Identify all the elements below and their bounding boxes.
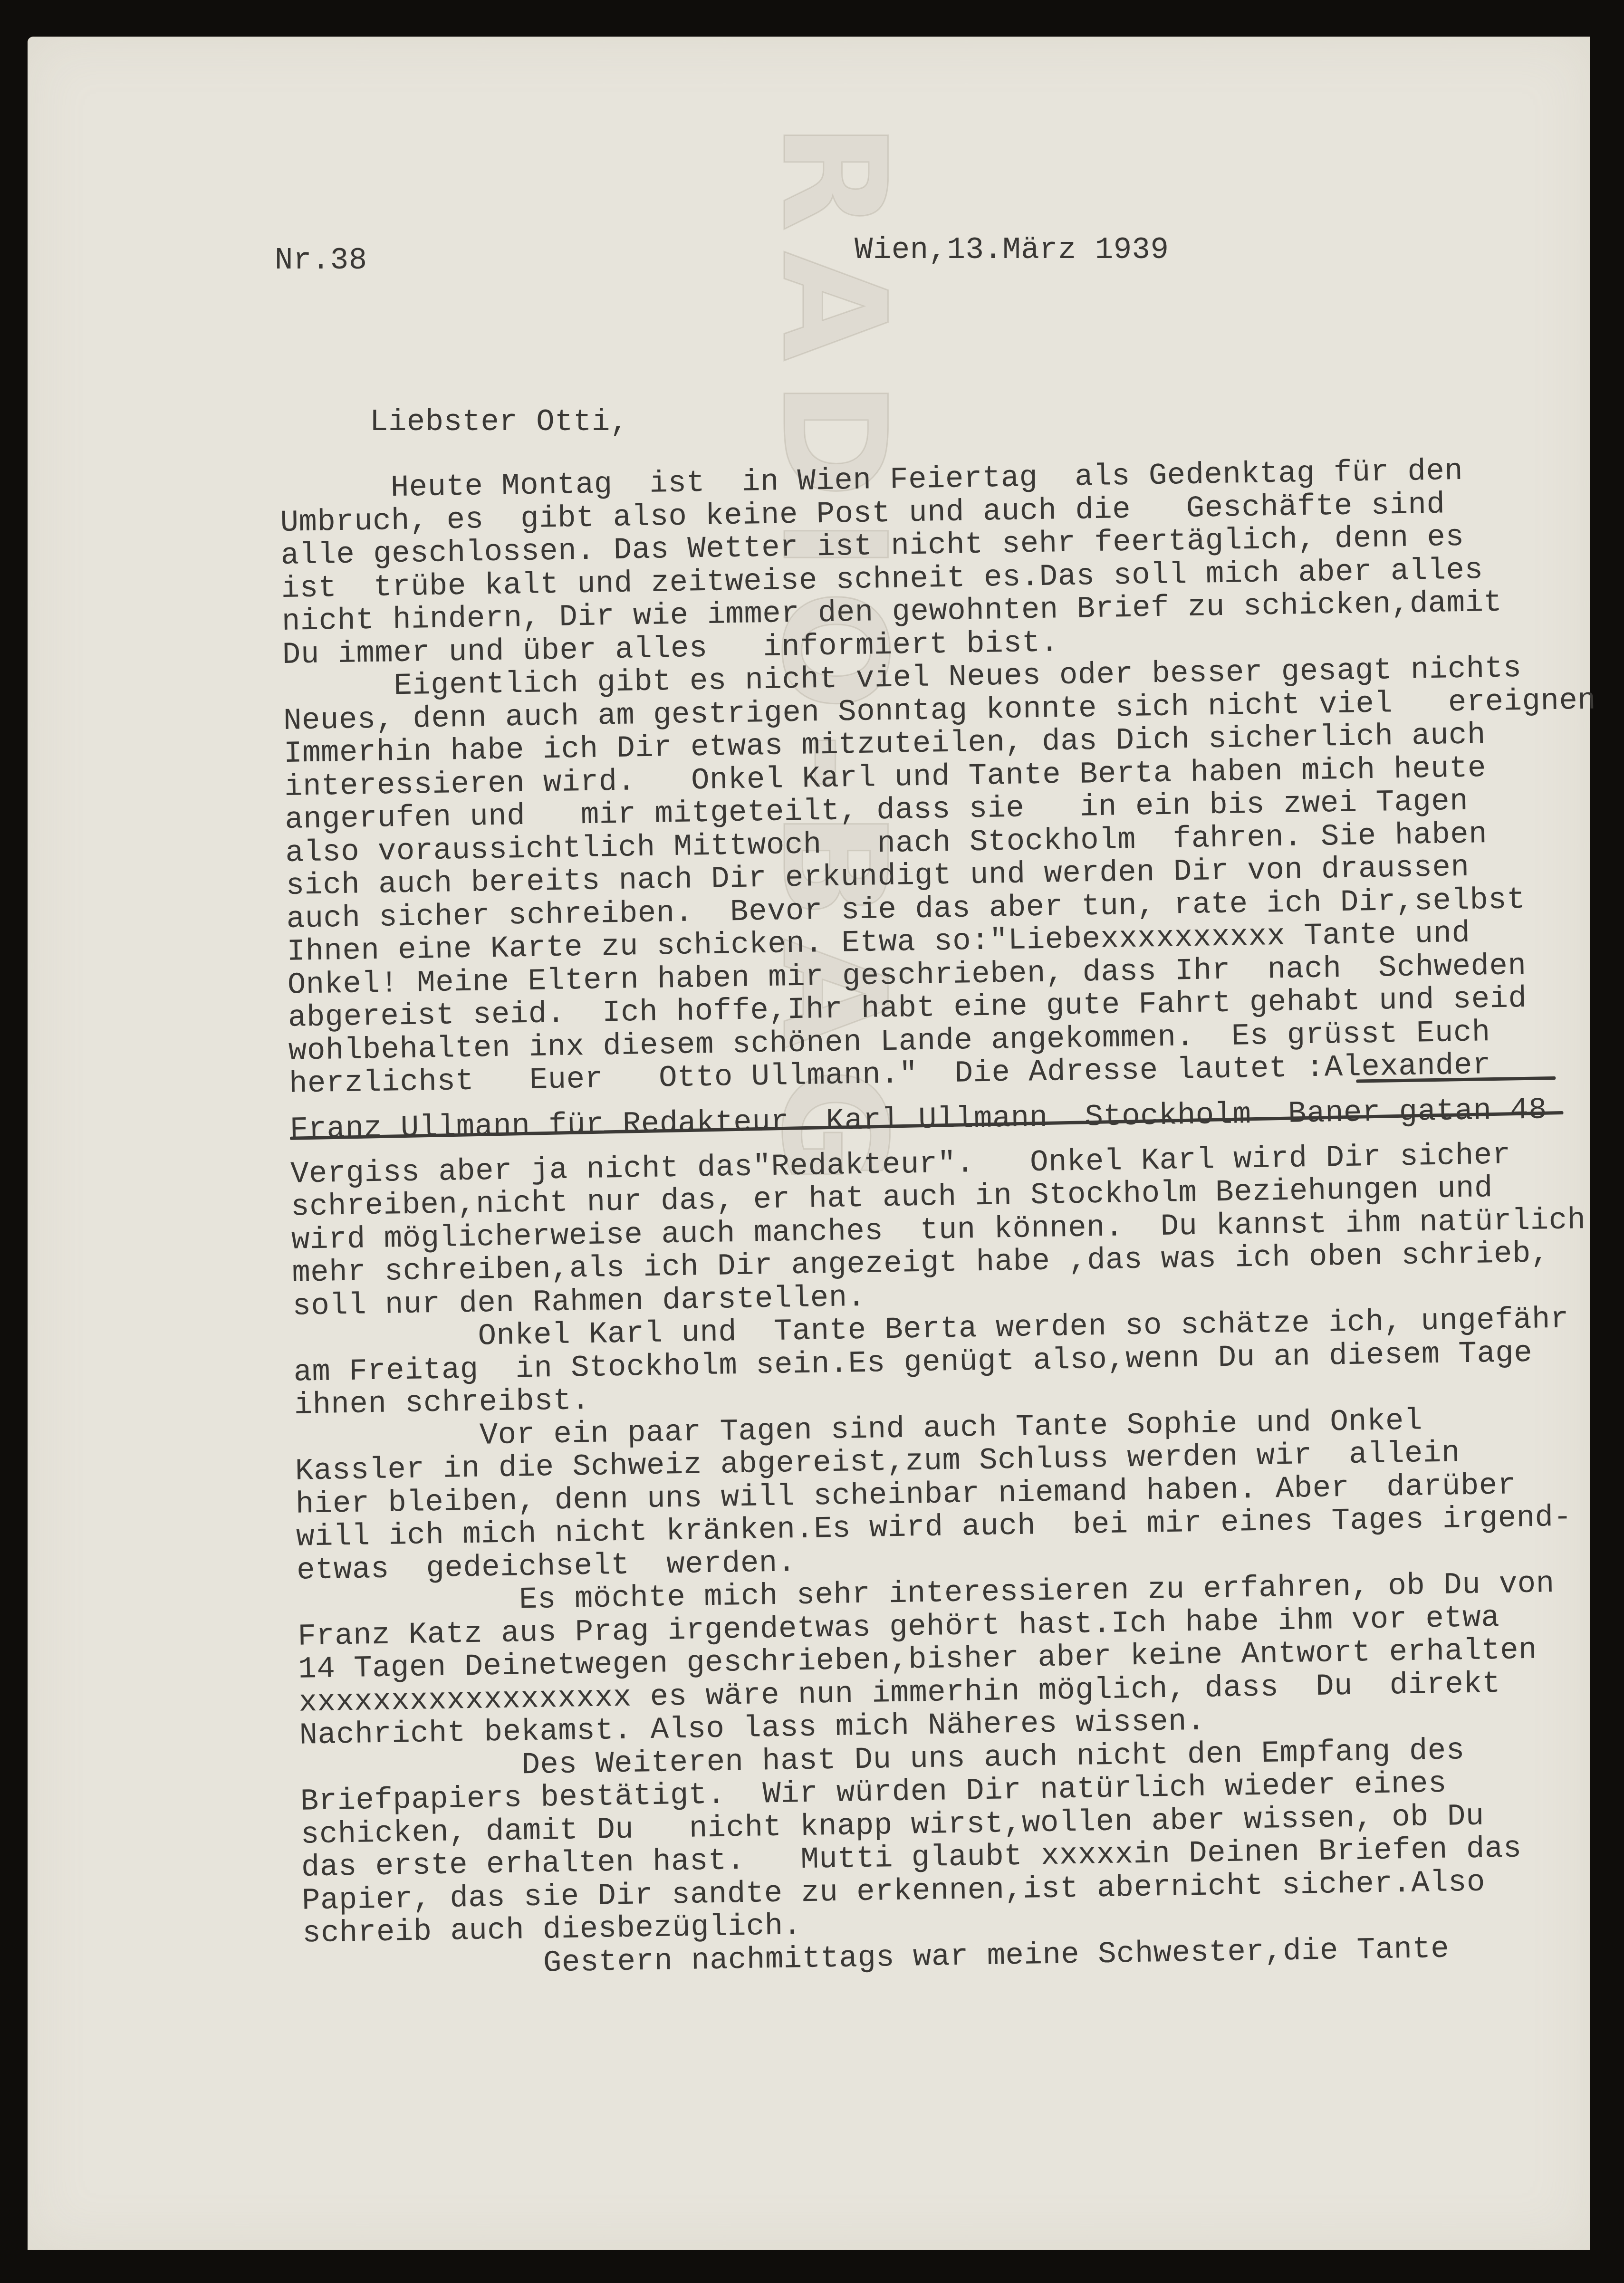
letter-number: Nr.38: [275, 246, 367, 276]
letter-page: RADIO-BAG Nr.38 Wien,13.März 1939 Liebst…: [28, 37, 1590, 2250]
place-and-date: Wien,13.März 1939: [855, 235, 1169, 266]
letter-body: Heute Montag ist in Wien Feiertag als Ge…: [279, 452, 1624, 1984]
salutation: Liebster Otti,: [370, 407, 629, 438]
